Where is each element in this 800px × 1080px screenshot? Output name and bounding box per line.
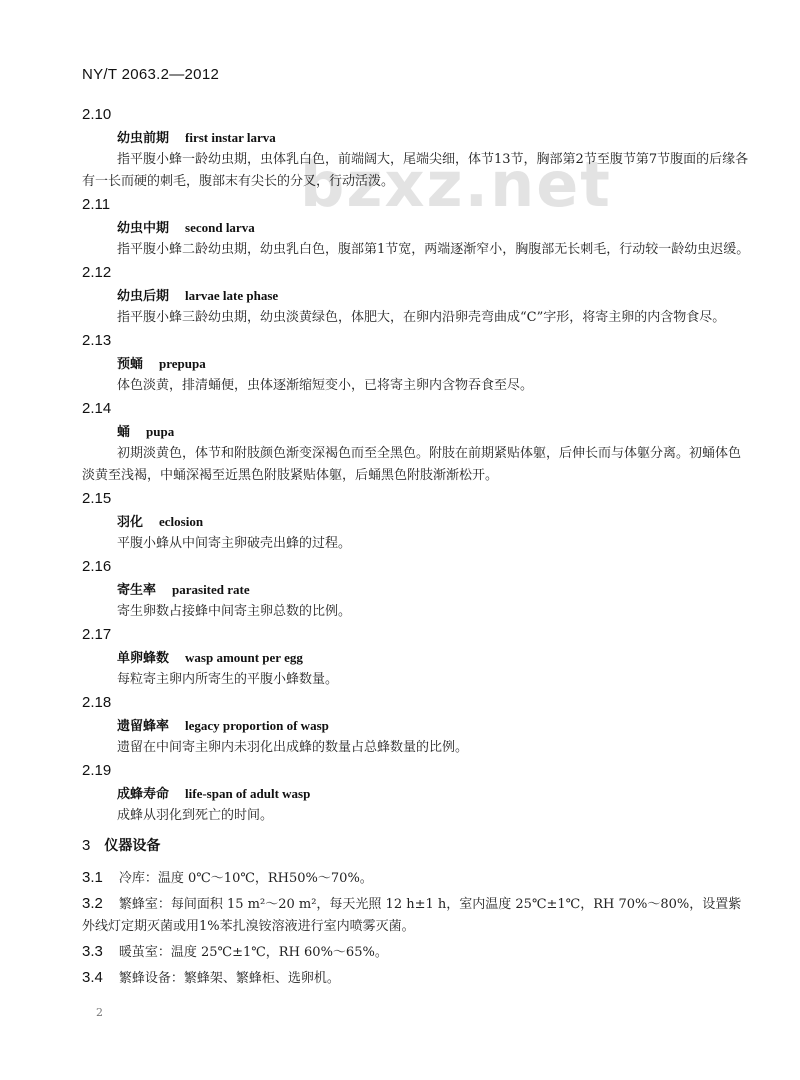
term-en: legacy proportion of wasp (185, 718, 329, 733)
term-heading: 蛹pupa (82, 421, 752, 443)
clause-2-17: 2.17 单卵蜂数wasp amount per egg 每粒寄主卵内所寄生的平… (82, 624, 752, 691)
term-definition: 体色淡黄，排清蛹便，虫体逐渐缩短变小，已将寄主卵内含物吞食至尽。 (82, 375, 752, 397)
term-heading: 寄生率parasited rate (82, 579, 752, 601)
clause-2-11: 2.11 幼虫中期second larva 指平腹小蜂二龄幼虫期，幼虫乳白色，腹… (82, 194, 752, 261)
clause-2-18: 2.18 遗留蜂率legacy proportion of wasp 遗留在中间… (82, 692, 752, 759)
term-zh: 遗留蜂率 (117, 719, 169, 734)
clause-number: 2.14 (82, 398, 752, 421)
item-number: 3.4 (82, 969, 103, 986)
term-en: eclosion (159, 514, 203, 529)
equipment-item-3-1: 3.1冷库：温度 0℃～10℃，RH50%～70%。 (82, 867, 752, 890)
term-en: parasited rate (172, 582, 250, 597)
standard-code-header: NY/T 2063.2—2012 (82, 66, 219, 83)
term-definition: 遗留在中间寄主卵内未羽化出成蜂的数量占总蜂数量的比例。 (82, 737, 752, 759)
term-definition: 指平腹小蜂二龄幼虫期，幼虫乳白色，腹部第1节宽，两端逐渐窄小，胸腹部无长刺毛，行… (82, 239, 752, 261)
equipment-item-3-4: 3.4繁蜂设备：繁蜂架、繁蜂柜、选卵机。 (82, 967, 752, 990)
item-text: 冷库：温度 0℃～10℃，RH50%～70%。 (119, 871, 373, 886)
term-zh: 幼虫中期 (117, 221, 169, 236)
term-zh: 幼虫后期 (117, 289, 169, 304)
clause-number: 2.15 (82, 488, 752, 511)
clause-number: 2.12 (82, 262, 752, 285)
clause-2-15: 2.15 羽化eclosion 平腹小蜂从中间寄主卵破壳出蜂的过程。 (82, 488, 752, 555)
term-definition: 平腹小蜂从中间寄主卵破壳出蜂的过程。 (82, 533, 752, 555)
clause-2-10: 2.10 幼虫前期first instar larva 指平腹小蜂一龄幼虫期，虫… (82, 104, 752, 193)
clause-2-12: 2.12 幼虫后期larvae late phase 指平腹小蜂三龄幼虫期，幼虫… (82, 262, 752, 329)
equipment-item-3-3: 3.3暖茧室：温度 25℃±1℃，RH 60%～65%。 (82, 941, 752, 964)
item-text: 暖茧室：温度 25℃±1℃，RH 60%～65%。 (119, 945, 388, 960)
clause-number: 2.17 (82, 624, 752, 647)
term-definition: 指平腹小蜂三龄幼虫期，幼虫淡黄绿色，体肥大，在卵内沿卵壳弯曲成“C”字形，将寄主… (82, 307, 752, 329)
term-heading: 羽化eclosion (82, 511, 752, 533)
term-definition: 寄生卵数占接蜂中间寄主卵总数的比例。 (82, 601, 752, 623)
term-zh: 幼虫前期 (117, 131, 169, 146)
clause-number: 2.19 (82, 760, 752, 783)
term-zh: 蛹 (117, 425, 130, 440)
term-heading: 幼虫中期second larva (82, 217, 752, 239)
clause-number: 2.18 (82, 692, 752, 715)
term-heading: 成蜂寿命life-span of adult wasp (82, 783, 752, 805)
page-number: 2 (96, 1006, 103, 1019)
term-en: pupa (146, 424, 174, 439)
term-en: second larva (185, 220, 255, 235)
item-text: 繁蜂设备：繁蜂架、繁蜂柜、选卵机。 (119, 971, 340, 986)
clause-2-19: 2.19 成蜂寿命life-span of adult wasp 成蜂从羽化到死… (82, 760, 752, 827)
term-en: prepupa (159, 356, 206, 371)
equipment-item-3-2: 3.2繁蜂室：每间面积 15 m²～20 m²，每天光照 12 h±1 h，室内… (82, 893, 752, 938)
item-text: 繁蜂室：每间面积 15 m²～20 m²，每天光照 12 h±1 h，室内温度 … (82, 897, 741, 934)
item-number: 3.2 (82, 895, 103, 912)
term-en: larvae late phase (185, 288, 278, 303)
term-heading: 遗留蜂率legacy proportion of wasp (82, 715, 752, 737)
term-definition: 成蜂从羽化到死亡的时间。 (82, 805, 752, 827)
item-number: 3.1 (82, 869, 103, 886)
document-body: 2.10 幼虫前期first instar larva 指平腹小蜂一龄幼虫期，虫… (82, 104, 752, 993)
term-en: life-span of adult wasp (185, 786, 310, 801)
term-heading: 幼虫前期first instar larva (82, 127, 752, 149)
item-number: 3.3 (82, 943, 103, 960)
term-definition: 初期淡黄色，体节和附肢颜色渐变深褐色而至全黑色。附肢在前期紧贴体躯，后伸长而与体… (82, 443, 752, 487)
term-heading: 单卵蜂数wasp amount per egg (82, 647, 752, 669)
clause-2-16: 2.16 寄生率parasited rate 寄生卵数占接蜂中间寄主卵总数的比例… (82, 556, 752, 623)
section-heading: 3仪器设备 (82, 835, 752, 857)
term-definition: 每粒寄主卵内所寄生的平腹小蜂数量。 (82, 669, 752, 691)
term-en: wasp amount per egg (185, 650, 303, 665)
document-page: bzxz.net NY/T 2063.2—2012 2.10 幼虫前期first… (0, 0, 800, 1080)
term-zh: 羽化 (117, 515, 143, 530)
term-en: first instar larva (185, 130, 276, 145)
clause-number: 2.10 (82, 104, 752, 127)
clause-number: 2.13 (82, 330, 752, 353)
clause-2-14: 2.14 蛹pupa 初期淡黄色，体节和附肢颜色渐变深褐色而至全黑色。附肢在前期… (82, 398, 752, 487)
term-zh: 预蛹 (117, 357, 143, 372)
section-number: 3 (82, 837, 90, 854)
clause-number: 2.16 (82, 556, 752, 579)
clause-2-13: 2.13 预蛹prepupa 体色淡黄，排清蛹便，虫体逐渐缩短变小，已将寄主卵内… (82, 330, 752, 397)
term-zh: 单卵蜂数 (117, 651, 169, 666)
clause-number: 2.11 (82, 194, 752, 217)
section-title: 仪器设备 (104, 838, 160, 854)
term-zh: 成蜂寿命 (117, 787, 169, 802)
term-zh: 寄生率 (117, 583, 156, 598)
term-definition: 指平腹小蜂一龄幼虫期，虫体乳白色，前端阔大，尾端尖细，体节13节，胸部第2节至腹… (82, 149, 752, 193)
term-heading: 预蛹prepupa (82, 353, 752, 375)
term-heading: 幼虫后期larvae late phase (82, 285, 752, 307)
